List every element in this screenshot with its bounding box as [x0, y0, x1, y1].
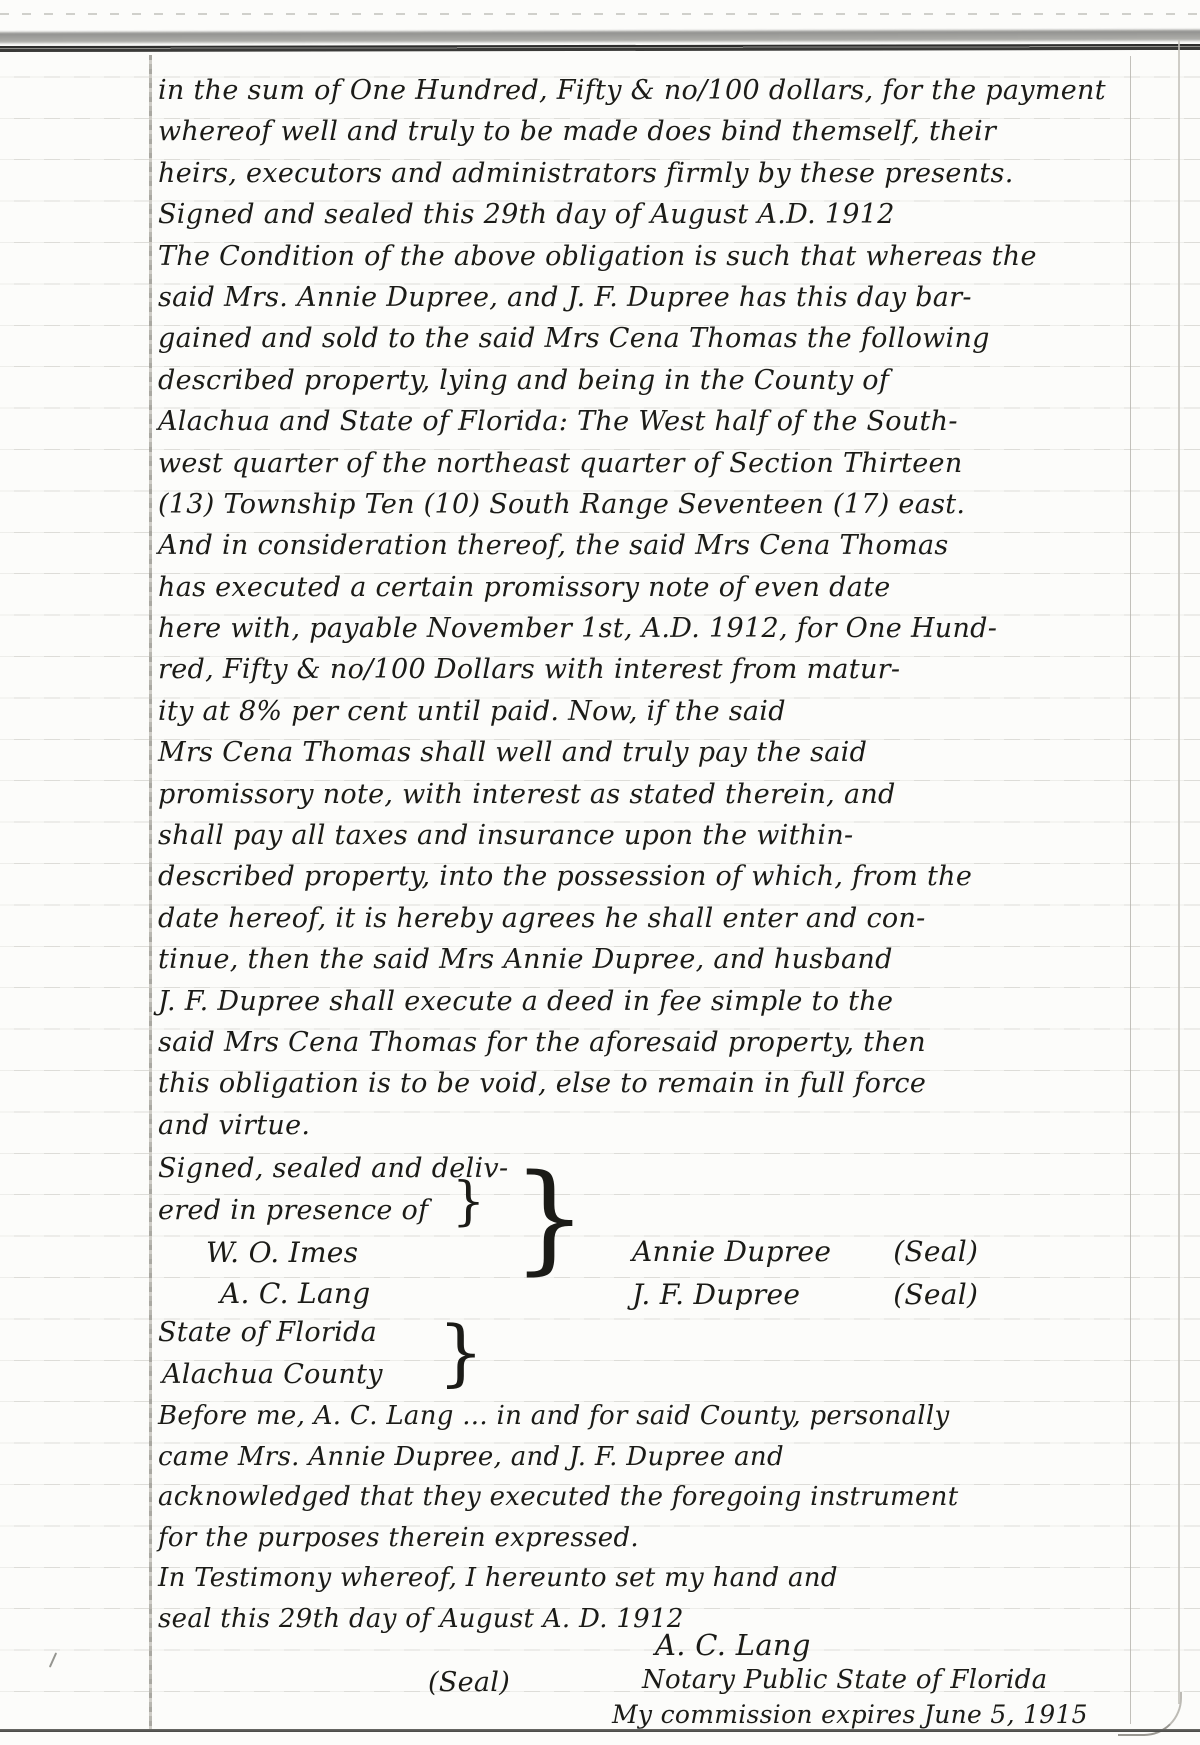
notary-seal-label: (Seal): [428, 1664, 510, 1702]
document-line: gained and sold to the said Mrs Cena Tho…: [158, 318, 1106, 359]
right-ruled-line: [1130, 56, 1131, 1724]
venue-state: State of Florida: [158, 1312, 377, 1353]
signatory-name: J. F. Dupree: [632, 1273, 884, 1316]
notary-acknowledgment: Before me, A. C. Lang ... in and for sai…: [158, 1396, 958, 1558]
document-line: promissory note, with interest as stated…: [158, 774, 1106, 815]
stray-pen-mark: [49, 1652, 57, 1667]
acknowledgment-line: for the purposes therein expressed.: [158, 1518, 958, 1559]
acknowledgment-line: came Mrs. Annie Dupree, and J. F. Dupree…: [158, 1437, 958, 1478]
document-line: Alachua and State of Florida: The West h…: [158, 401, 1106, 442]
acknowledgment-line: acknowledged that they executed the fore…: [158, 1477, 958, 1518]
notary-title: Notary Public State of Florida: [642, 1662, 1047, 1698]
top-scan-band-dark: [0, 44, 1200, 52]
brace-icon: }: [438, 1304, 484, 1400]
top-dotted-rule: [0, 13, 1200, 15]
document-line: this obligation is to be void, else to r…: [158, 1063, 1106, 1104]
party-signature-row: Annie Dupree (Seal): [632, 1230, 978, 1273]
document-body: in the sum of One Hundred, Fifty & no/10…: [158, 70, 1106, 1146]
document-line: And in consideration thereof, the said M…: [158, 525, 1106, 566]
document-line: described property, into the possession …: [158, 856, 1106, 897]
document-line: said Mrs. Annie Dupree, and J. F. Dupree…: [158, 277, 1106, 318]
witness-signature: W. O. Imes: [206, 1233, 358, 1273]
document-line: ity at 8% per cent until paid. Now, if t…: [158, 691, 1106, 732]
document-line: Signed and sealed this 29th day of Augus…: [158, 194, 1106, 235]
brace-icon: }: [512, 1142, 587, 1292]
document-line: here with, payable November 1st, A.D. 19…: [158, 608, 1106, 649]
document-line: The Condition of the above obligation is…: [158, 236, 1106, 277]
document-line: and virtue.: [158, 1105, 1106, 1146]
document-line: J. F. Dupree shall execute a deed in fee…: [158, 981, 1106, 1022]
testimony-line: In Testimony whereof, I hereunto set my …: [158, 1558, 838, 1599]
document-line: in the sum of One Hundred, Fifty & no/10…: [158, 70, 1106, 111]
right-page-edge: [1178, 40, 1180, 1704]
seal-label: (Seal): [893, 1278, 978, 1311]
document-line: whereof well and truly to be made does b…: [158, 111, 1106, 152]
document-line: red, Fifty & no/100 Dollars with interes…: [158, 649, 1106, 690]
signatory-name: Annie Dupree: [632, 1230, 884, 1273]
left-margin-line: [149, 55, 152, 1731]
notary-commission: My commission expires June 5, 1915: [612, 1698, 1088, 1732]
scanned-document-page: in the sum of One Hundred, Fifty & no/10…: [0, 0, 1200, 1745]
notary-signature: A. C. Lang: [655, 1626, 811, 1664]
document-line: heirs, executors and administrators firm…: [158, 153, 1106, 194]
venue-county: Alachua County: [162, 1354, 383, 1395]
top-scan-band-blur: [0, 30, 1200, 44]
party-signature-row: J. F. Dupree (Seal): [632, 1273, 978, 1316]
document-line: has executed a certain promissory note o…: [158, 567, 1106, 608]
acknowledgment-line: Before me, A. C. Lang ... in and for sai…: [158, 1396, 958, 1437]
brace-icon: }: [452, 1176, 485, 1228]
document-line: described property, lying and being in t…: [158, 360, 1106, 401]
witness-signature: A. C. Lang: [220, 1274, 371, 1314]
seal-label: (Seal): [893, 1235, 978, 1268]
document-line: date hereof, it is hereby agrees he shal…: [158, 898, 1106, 939]
party-signatures: Annie Dupree (Seal) J. F. Dupree (Seal): [632, 1230, 978, 1316]
document-line: said Mrs Cena Thomas for the aforesaid p…: [158, 1022, 1106, 1063]
document-line: west quarter of the northeast quarter of…: [158, 443, 1106, 484]
document-line: tinue, then the said Mrs Annie Dupree, a…: [158, 939, 1106, 980]
document-line: shall pay all taxes and insurance upon t…: [158, 815, 1106, 856]
document-line: (13) Township Ten (10) South Range Seven…: [158, 484, 1106, 525]
document-line: Mrs Cena Thomas shall well and truly pay…: [158, 732, 1106, 773]
